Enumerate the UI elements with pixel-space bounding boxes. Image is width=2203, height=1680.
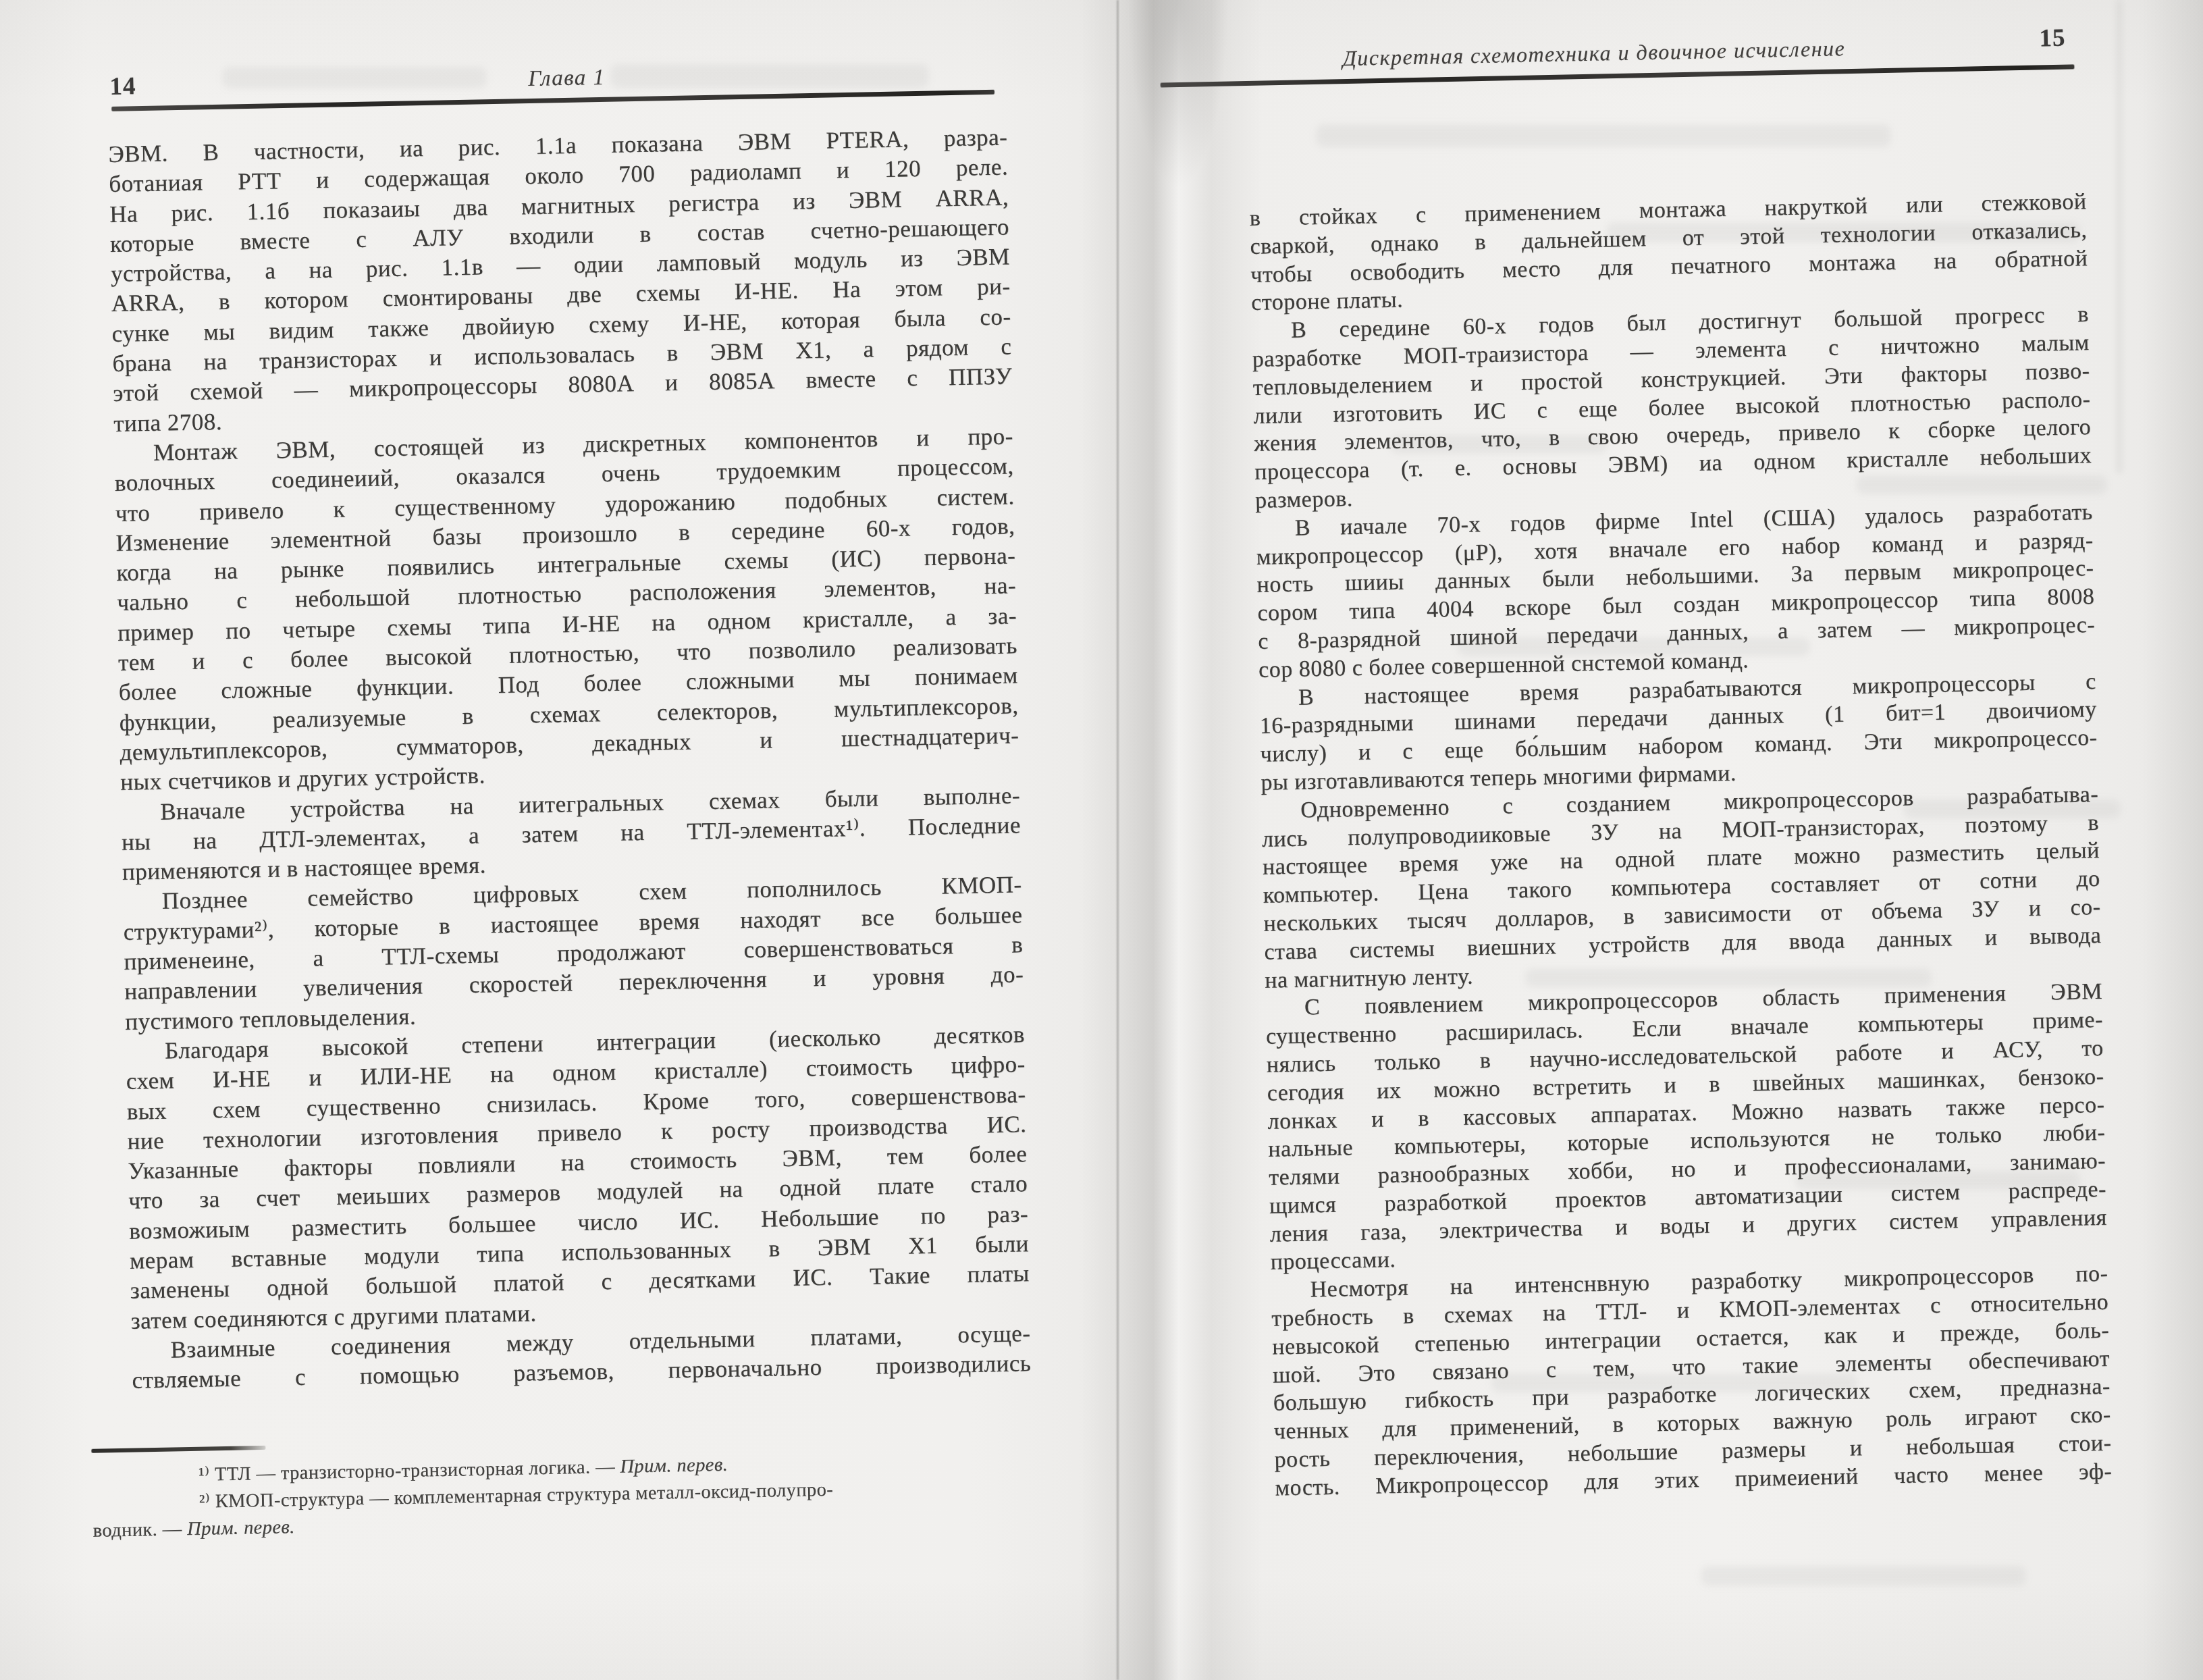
book-scan-spread: { "left_page": { "page_number": "14", "r…	[0, 0, 2203, 1680]
page-gutter-shadow	[1080, 0, 1263, 1680]
paper-crease	[2117, 0, 2122, 473]
running-head-right: Дискретная схемотехника и двоичное исчис…	[1246, 34, 1942, 73]
footnote-translator-note: Прим. перев.	[187, 1517, 295, 1540]
page-right: Дискретная схемотехника и двоичное исчис…	[1246, 10, 2113, 1502]
footnotes: ¹⁾ ТТЛ — транзисторно-транзисторная логи…	[134, 1446, 1034, 1545]
page-edge-shadow	[2142, 0, 2203, 1680]
footnote-rule	[91, 1446, 265, 1453]
page-left: 14 Глава 1 ЭВМ. В частности, иа рис. 1.1…	[107, 47, 1034, 1544]
page-number-right: 15	[2039, 24, 2066, 53]
right-page-text: в стойках с применением монтажа накрутко…	[1249, 188, 2112, 1502]
page-right-header: Дискретная схемотехника и двоичное исчис…	[1246, 21, 2083, 73]
bleed-through-smudge	[1701, 1567, 2025, 1585]
left-page-text: ЭВМ. В частности, иа рис. 1.1а показана …	[108, 122, 1031, 1396]
footnote-text: ¹⁾ ТТЛ — транзисторно-транзисторная логи…	[198, 1456, 620, 1486]
footnote-text: водник. —	[92, 1519, 187, 1542]
footnote-translator-note: Прим. перев.	[620, 1454, 728, 1477]
